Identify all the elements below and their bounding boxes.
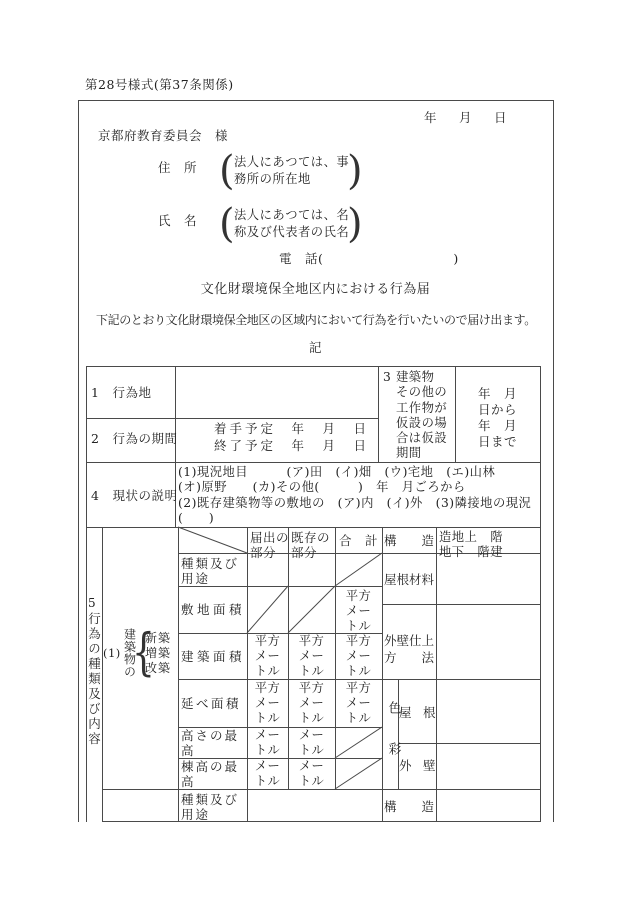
roof-material-label: 屋根材料 — [382, 572, 436, 588]
phone-line: 電 話( ) — [279, 251, 459, 267]
color-wall-label: 外 壁 — [398, 758, 436, 774]
row-label-site-area: 敷地面積 — [181, 602, 245, 618]
row2-schedule: 着手予定 年 月 日 終了予定 年 月 日 — [214, 420, 369, 454]
unit-sqm-floor-existing: 平方 メー トル — [288, 681, 335, 726]
form-body-text: 下記のとおり文化財環境保全地区の区域内において行為を行いたいので届け出ます。 — [96, 313, 536, 329]
name-paren-open: ( — [219, 201, 235, 247]
ki-heading: 記 — [78, 340, 553, 356]
structure-value: 造地上 階 地下 階建 — [439, 530, 503, 561]
unit-sqm-floor-total: 平方 メー トル — [335, 681, 382, 726]
row4-content: (1)現況地目 (ア)田 (イ)畑 (ウ)宅地 (エ)山林 (オ)原野 (カ)そ… — [178, 465, 539, 526]
wall-finish-label: 外壁仕上 方 法 — [384, 632, 434, 666]
group1-number: (1) — [103, 646, 121, 662]
row4-label: 4 現状の説明 — [91, 488, 177, 504]
unit-sqm-bldg-declared: 平方 メー トル — [247, 634, 288, 679]
unit-m-height-existing: メー トル — [288, 728, 335, 758]
unit-sqm-bldg-total: 平方 メー トル — [335, 634, 382, 679]
form-number: 第28号様式(第37条関係) — [85, 77, 234, 93]
structure2-label: 構 造 — [382, 799, 436, 815]
row-label-kind-use-2: 種類及び 用途 — [181, 792, 239, 822]
structure-label: 構 造 — [382, 533, 436, 549]
row2-label: 2 行為の期間 — [91, 431, 177, 447]
name-paren-close: ) — [347, 201, 363, 247]
address-paren-close: ) — [347, 148, 363, 194]
unit-sqm-floor-declared: 平方 メー トル — [247, 681, 288, 726]
col-declared-part: 届出の 部分 — [250, 530, 289, 560]
row1-label: 1 行為地 — [91, 385, 151, 401]
date-line: 年 月 日 — [424, 110, 512, 126]
group1-items: 新築 増築 改築 — [145, 631, 171, 675]
address-paren-open: ( — [219, 148, 235, 194]
unit-m-ridge-declared: メー トル — [247, 759, 288, 789]
row-label-max-height: 高さの最 高 — [181, 728, 239, 758]
row3-period-value: 年 月 日から 年 月 日まで — [455, 386, 540, 450]
row-label-building-area: 建築面積 — [181, 649, 245, 665]
addressee: 京都府教育委員会 様 — [98, 128, 228, 144]
color-roof-label: 屋 根 — [398, 705, 436, 721]
name-label: 氏 名 — [158, 213, 197, 229]
unit-sqm-bldg-existing: 平方 メー トル — [288, 634, 335, 679]
section5-vertical-label: 行為の種類及び内容 — [86, 612, 102, 747]
address-note: 法人にあつては、事 務所の所在地 — [234, 154, 349, 187]
section5-number: 5 — [88, 596, 96, 612]
unit-sqm-site-total: 平方 メー トル — [335, 589, 382, 634]
row-label-floor-area: 延べ面積 — [181, 696, 241, 712]
col-total: 合 計 — [335, 533, 382, 549]
form-page: 第28号様式(第37条関係) 年 月 日 京都府教育委員会 様 住 所 ( 法人… — [0, 0, 630, 903]
form-title: 文化財環境保全地区内における行為届 — [78, 282, 553, 298]
name-note: 法人にあつては、名 称及び代表者の氏名 — [234, 207, 349, 240]
row3-label: 建築物 その他の 工作物が 仮設の場 合は仮設 期間 — [396, 370, 447, 462]
unit-m-height-declared: メー トル — [247, 728, 288, 758]
address-label: 住 所 — [158, 160, 197, 176]
row-label-kind-use: 種類及び 用途 — [181, 556, 239, 586]
row-label-ridge-height: 棟高の最 高 — [181, 759, 239, 789]
row3-number: 3 — [383, 370, 391, 385]
unit-m-ridge-existing: メー トル — [288, 759, 335, 789]
col-existing-part: 既存の 部分 — [291, 530, 330, 560]
